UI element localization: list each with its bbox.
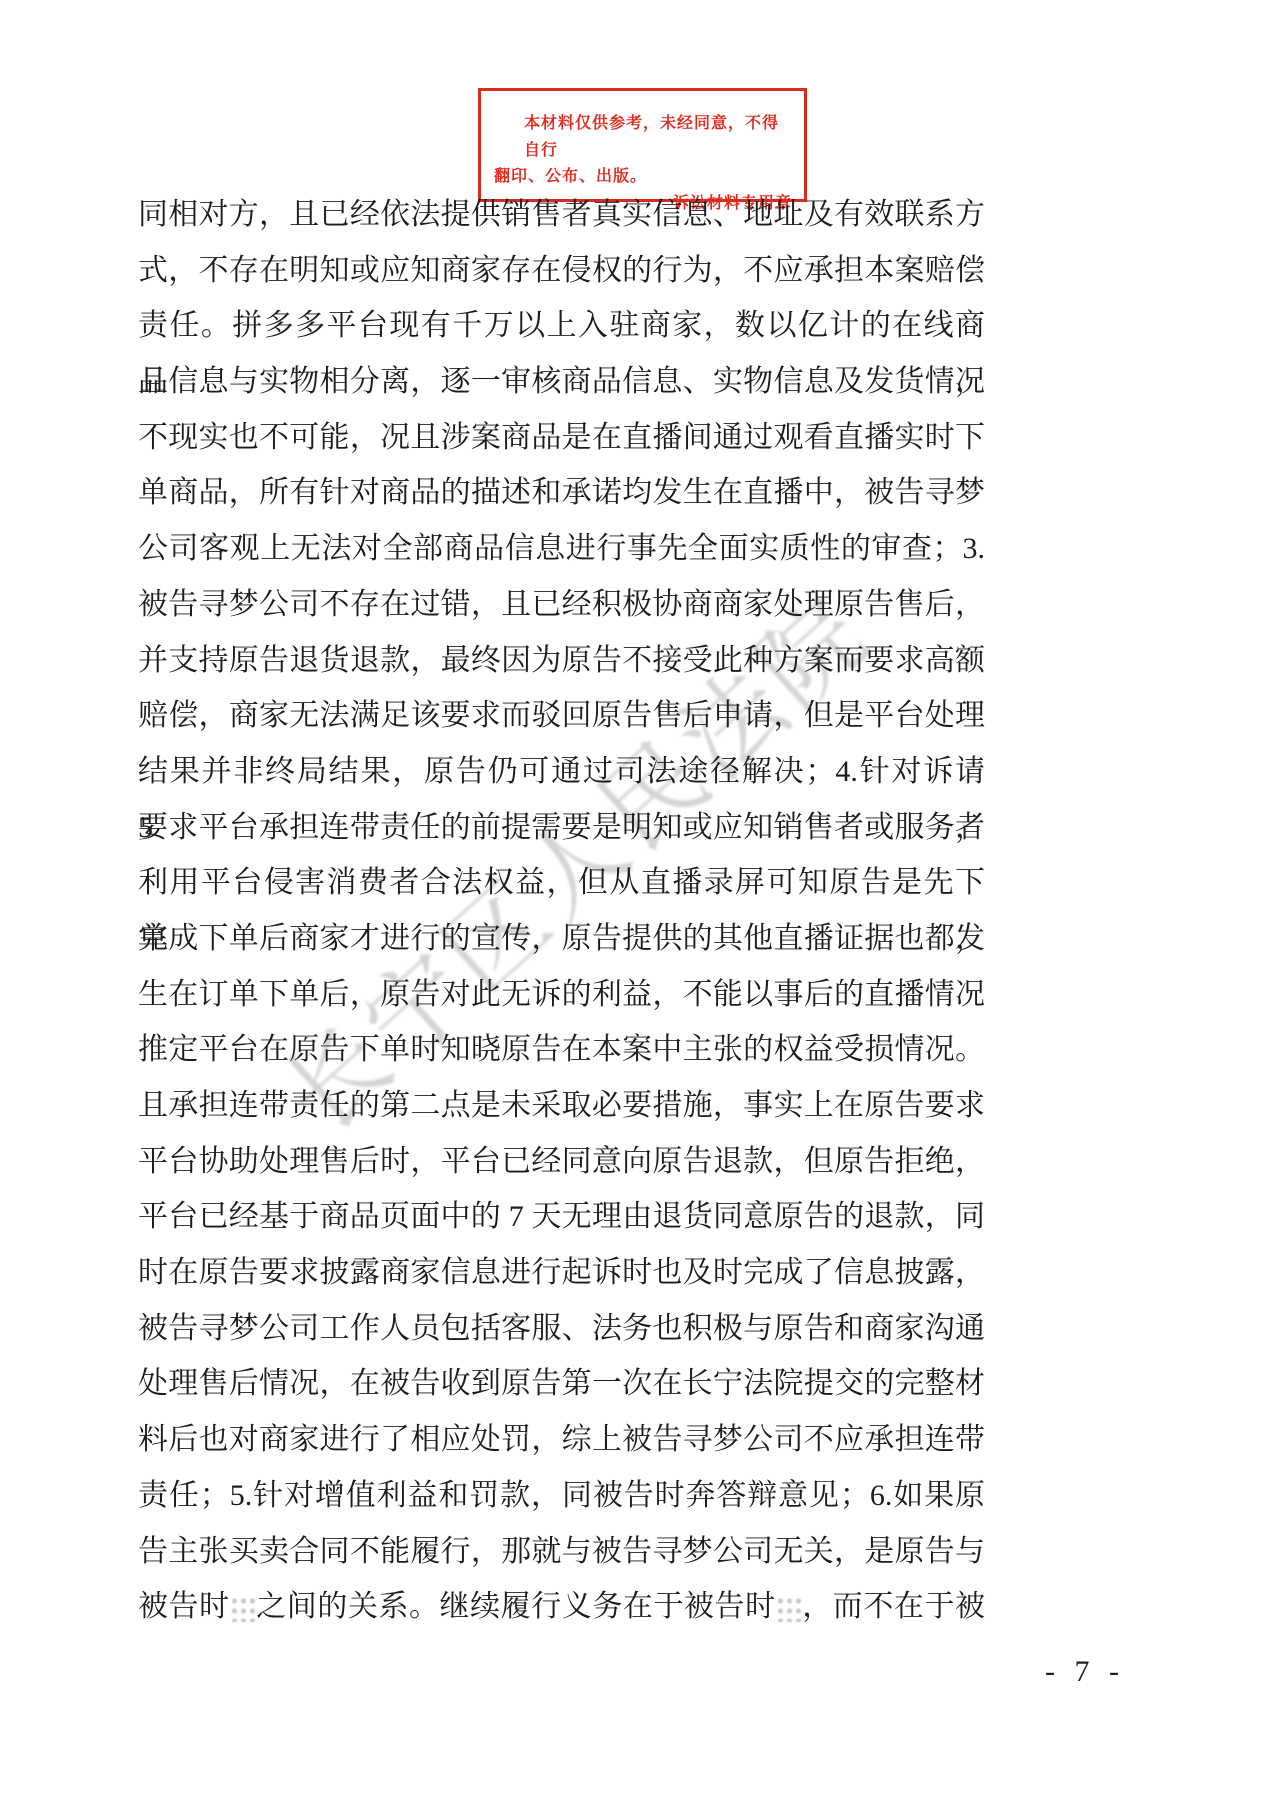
redaction-blur <box>230 1596 256 1622</box>
body-line: 公司客观上无法对全部商品信息进行事先全面实质性的审查；3. <box>138 521 985 577</box>
body-line: 平台已经基于商品页面中的 7 天无理由退货同意原告的退款，同 <box>138 1189 985 1245</box>
body-line: 不现实也不可能，况且涉案商品是在直播间通过观看直播实时下 <box>138 410 985 466</box>
body-line: 被告寻梦公司不存在过错，且已经积极协商商家处理原告售后， <box>138 577 985 633</box>
body-line: 式，不存在明知或应知商家存在侵权的行为，不应承担本案赔偿 <box>138 243 985 299</box>
body-line: 单商品，所有针对商品的描述和承诺均发生在直播中，被告寻梦 <box>138 465 985 521</box>
body-line: 被告寻梦公司工作人员包括客服、法务也积极与原告和商家沟通 <box>138 1301 985 1357</box>
body-line: 料后也对商家进行了相应处罚，综上被告寻梦公司不应承担连带 <box>138 1412 985 1468</box>
body-text: 同相对方，且已经依法提供销售者真实信息、地址及有效联系方 式，不存在明知或应知商… <box>138 187 985 1635</box>
body-line: 利用平台侵害消费者合法权益，但从直播录屏可知原告是先下单， <box>138 855 985 911</box>
body-line: 处理售后情况，在被告收到原告第一次在长宁法院提交的完整材 <box>138 1356 985 1412</box>
redaction-blur <box>776 1596 802 1622</box>
body-line: 赔偿，商家无法满足该要求而驳回原告售后申请，但是平台处理 <box>138 688 985 744</box>
body-line-segment: 被告时 <box>138 1590 230 1623</box>
body-line: 完成下单后商家才进行的宣传，原告提供的其他直播证据也都发 <box>138 911 985 967</box>
body-line: 结果并非终局结果，原告仍可通过司法途径解决；4.针对诉请 5， <box>138 744 985 800</box>
body-line: 且承担连带责任的第二点是未采取必要措施，事实上在原告要求 <box>138 1078 985 1134</box>
body-line: 同相对方，且已经依法提供销售者真实信息、地址及有效联系方 <box>138 187 985 243</box>
body-line-segment: 之间的关系。继续履行义务在于被告时 <box>256 1590 776 1623</box>
stamp-line-1: 本材料仅供参考，未经同意，不得自行 <box>494 111 794 164</box>
document-page: 本材料仅供参考，未经同意，不得自行 翻印、公布、出版。 诉讼材料专用章 长宁区人… <box>0 0 1280 1811</box>
body-line-segment: ，而不在于被 <box>802 1590 985 1623</box>
body-line-redacted: 被告时之间的关系。继续履行义务在于被告时，而不在于被 <box>138 1579 985 1635</box>
body-line: 责任；5.针对增值利益和罚款，同被告时奔答辩意见；6.如果原 <box>138 1468 985 1524</box>
body-line: 且信息与实物相分离，逐一审核商品信息、实物信息及发货情况 <box>138 354 985 410</box>
body-line: 时在原告要求披露商家信息进行起诉时也及时完成了信息披露， <box>138 1245 985 1301</box>
body-line: 推定平台在原告下单时知晓原告在本案中主张的权益受损情况。 <box>138 1022 985 1078</box>
body-line: 并支持原告退货退款，最终因为原告不接受此种方案而要求高额 <box>138 633 985 689</box>
body-line: 告主张买卖合同不能履行，那就与被告寻梦公司无关，是原告与 <box>138 1524 985 1580</box>
confidential-stamp: 本材料仅供参考，未经同意，不得自行 翻印、公布、出版。 诉讼材料专用章 <box>478 88 807 202</box>
body-line: 生在订单下单后，原告对此无诉的利益，不能以事后的直播情况 <box>138 967 985 1023</box>
body-line: 要求平台承担连带责任的前提需要是明知或应知销售者或服务者 <box>138 800 985 856</box>
body-line: 责任。拼多多平台现有千万以上入驻商家，数以亿计的在线商品， <box>138 298 985 354</box>
page-number: - 7 - <box>1020 1655 1150 1689</box>
body-line: 平台协助处理售后时，平台已经同意向原告退款，但原告拒绝， <box>138 1134 985 1190</box>
